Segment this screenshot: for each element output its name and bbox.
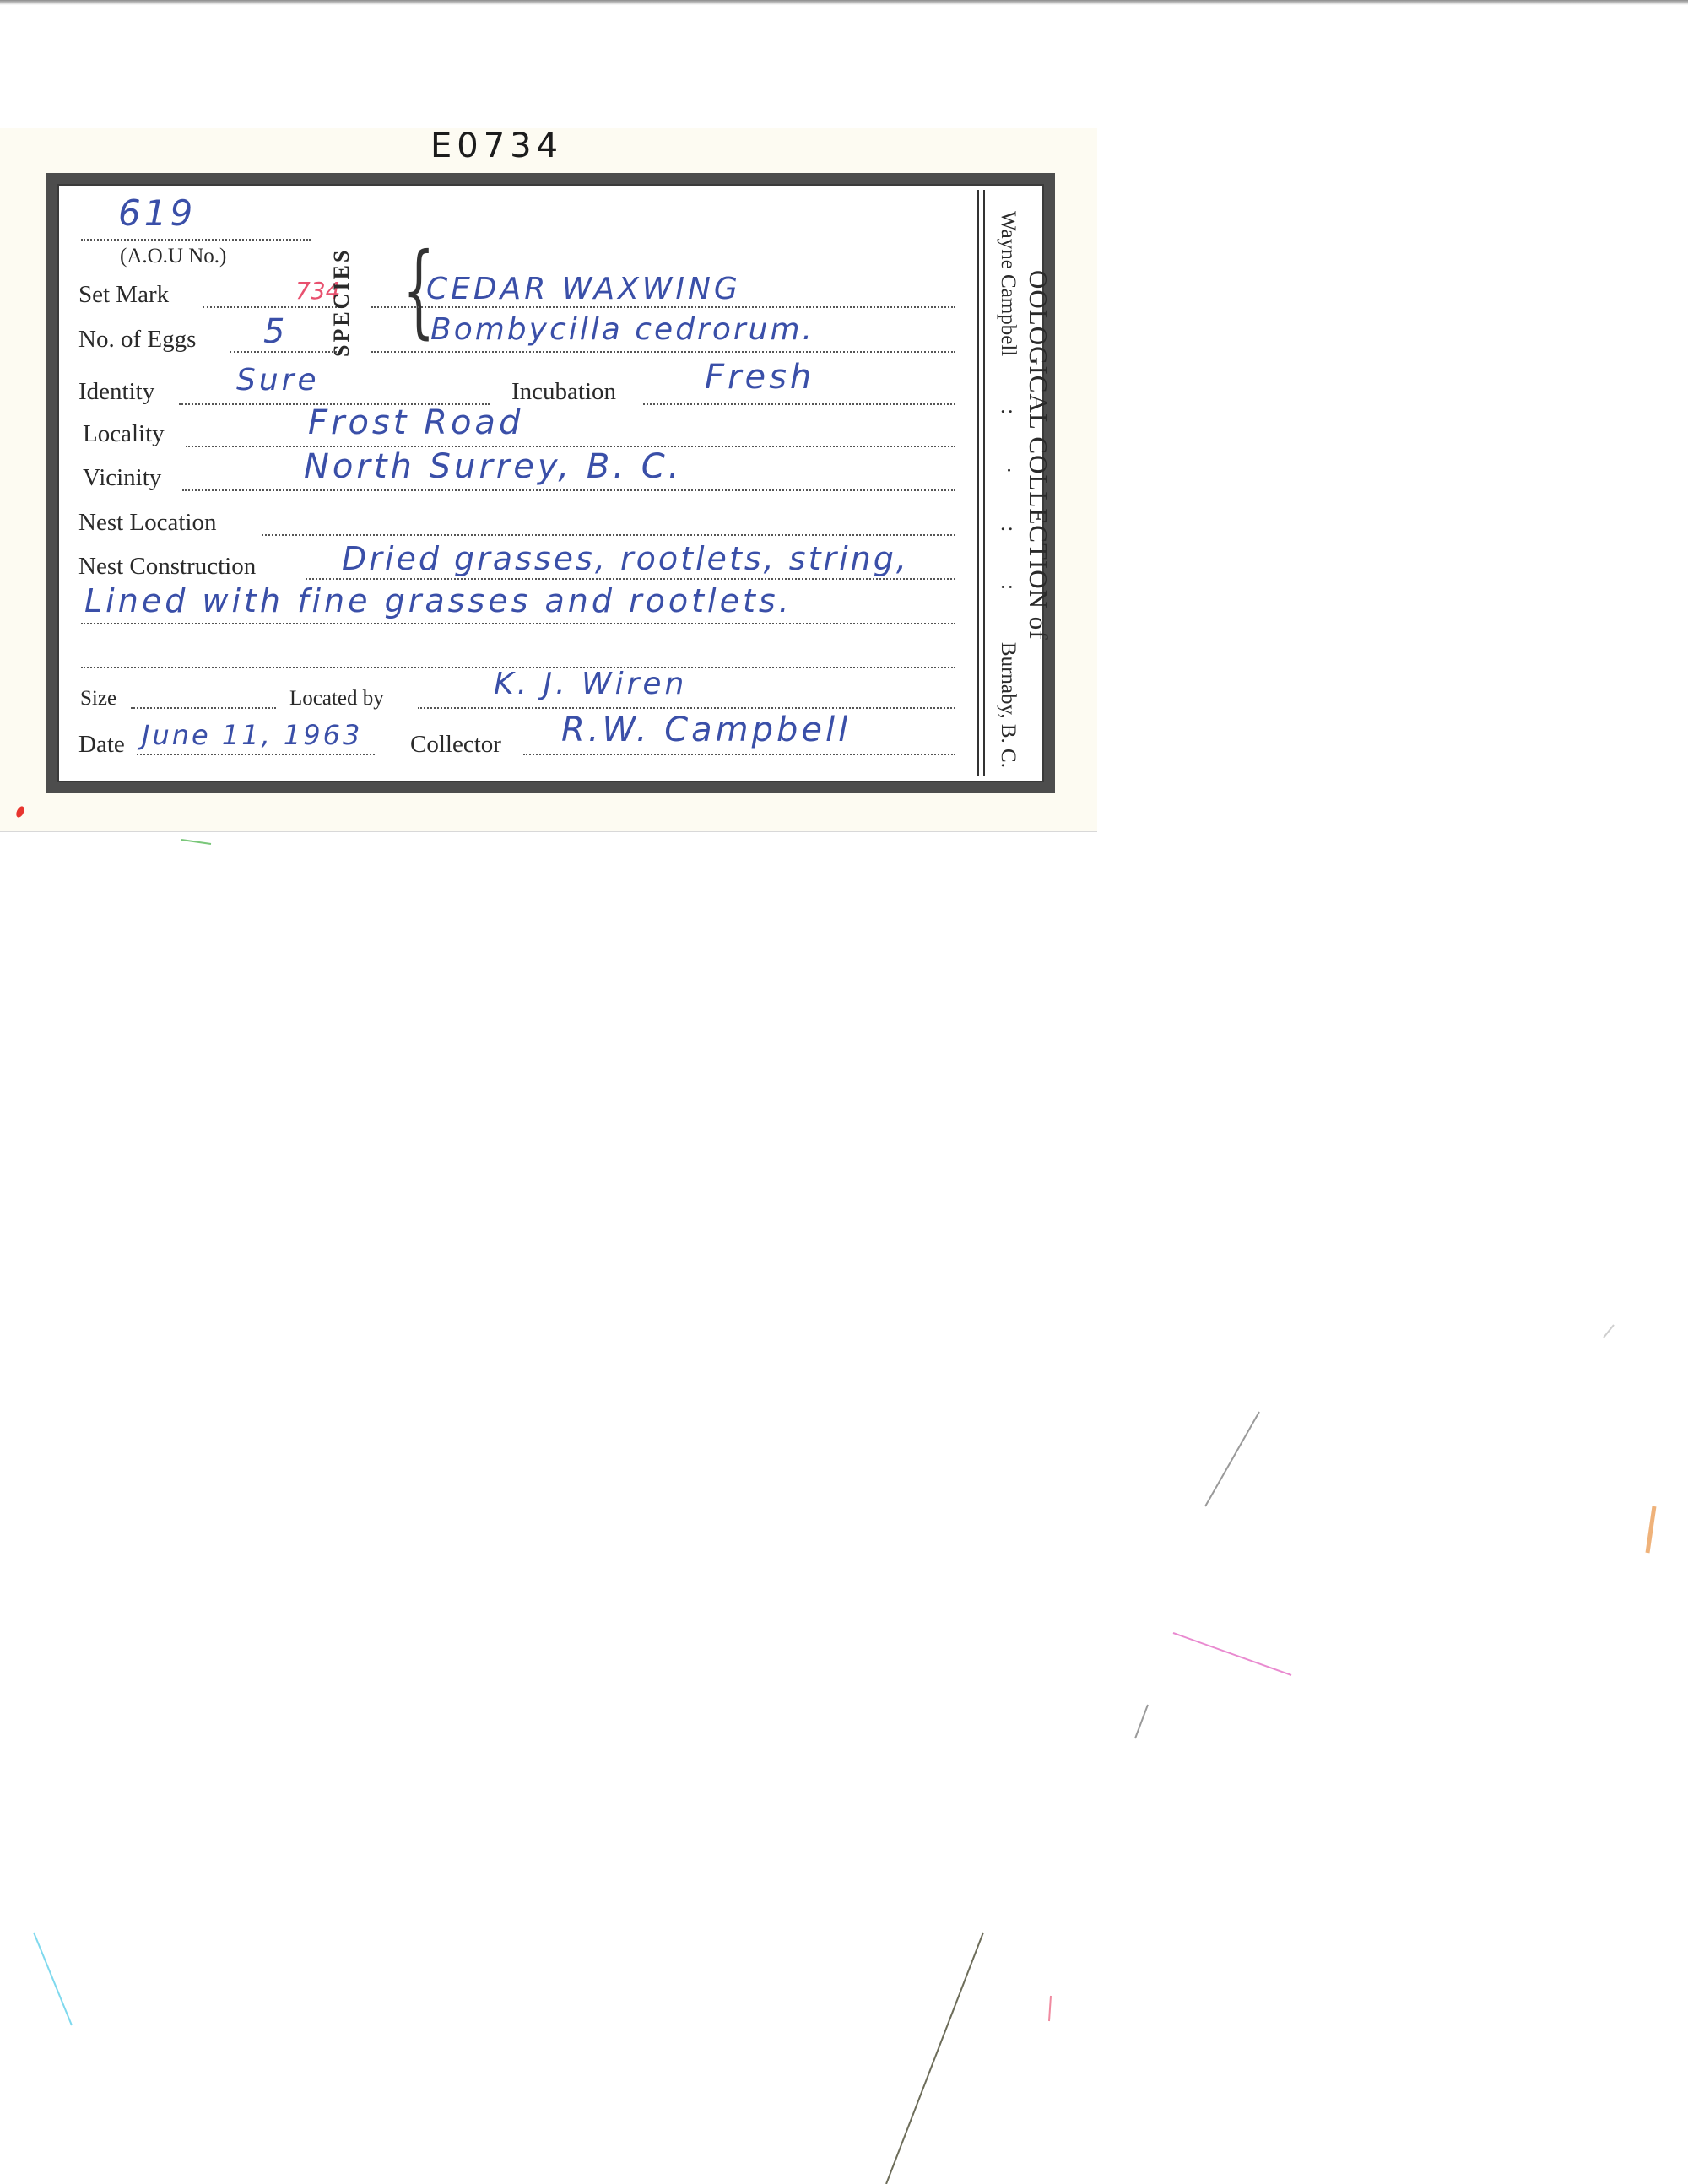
scan-artifacts xyxy=(0,0,1688,2184)
